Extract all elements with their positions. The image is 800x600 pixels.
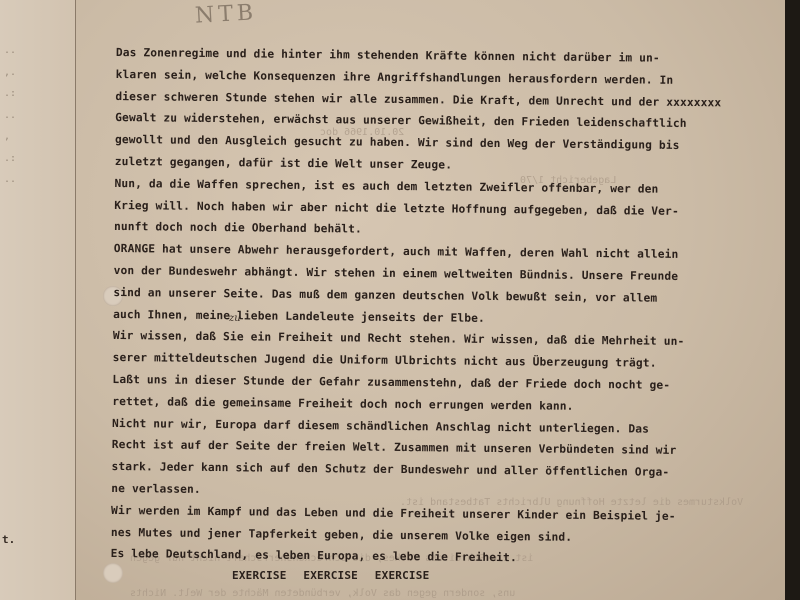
left-page-edge: ..,..:..,.:.. t. (0, 0, 76, 600)
bleed-through-text: uns, sondern gegen das Volk, verbündeten… (130, 588, 515, 599)
exercise-footer: EXERCISE EXERCISE EXERCISE (232, 569, 429, 582)
left-page-fragment: t. (2, 533, 15, 546)
typewritten-body: Das Zonenregime und die hinter ihm stehe… (111, 42, 716, 571)
left-page-bleed-marks: ..,..:..,.:.. (4, 40, 16, 191)
handwritten-correction: zu (229, 313, 241, 324)
punch-hole (103, 563, 123, 583)
dark-background-edge (785, 0, 800, 600)
document-page: ..,..:..,.:.. t. NTB 20.10.1966 doc Lage… (0, 0, 785, 600)
handwritten-header-mark: NTB (194, 0, 257, 28)
